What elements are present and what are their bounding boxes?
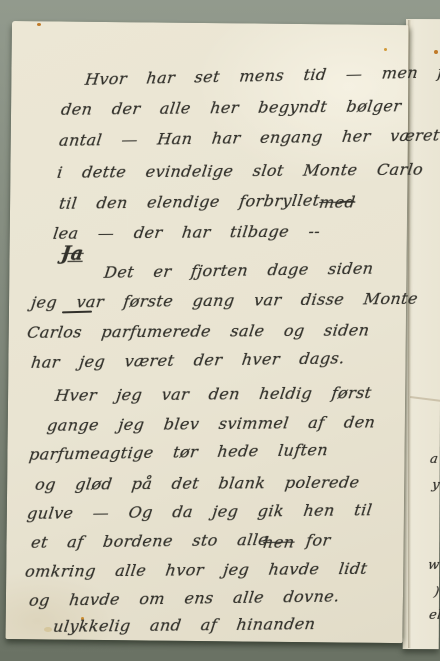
handwritten-line: den der alle her begyndt bølger xyxy=(60,96,403,119)
struck-word: Ja xyxy=(60,243,85,265)
handwritten-line: til den elendige forbryllet — xyxy=(58,190,357,213)
page-edge-fragment: w xyxy=(427,558,440,573)
handwritten-line: og glød på det blank polerede xyxy=(34,473,361,494)
handwritten-line: et af bordene sto alle xyxy=(30,530,269,552)
foxing-smudge xyxy=(44,627,52,632)
page-edge-fragment: el xyxy=(428,608,440,623)
struck-word: med xyxy=(318,193,357,212)
handwritten-line: gange jeg blev svimmel af den xyxy=(46,413,377,435)
handwritten-line: gulve — Og da jeg gik hen til xyxy=(26,500,373,523)
handwritten-line: i dette evindelige slot Monte Carlo xyxy=(56,160,424,182)
foxing-spot xyxy=(37,23,41,26)
handwritten-word: for xyxy=(305,531,332,550)
handwritten-line: lea — der har tilbage -- xyxy=(52,222,321,243)
photo-backdrop: Hvor har set mens tid — men fra den der … xyxy=(0,0,440,661)
foxing-spot xyxy=(384,48,387,51)
fold-crease xyxy=(408,20,411,648)
handwritten-line: Carlos parfumerede sale og siden xyxy=(26,321,371,342)
handwritten-line: omkring alle hvor jeg havde lidt xyxy=(24,559,369,581)
handwritten-line: Hver jeg var den heldig først xyxy=(54,383,373,405)
handwritten-line: jeg var første gang var disse Monte xyxy=(30,289,419,312)
page-edge-fragment: y xyxy=(431,478,440,493)
struck-word: hen xyxy=(262,533,296,552)
handwritten-line: ulykkelig and af hinanden xyxy=(52,614,317,636)
foxing-spot xyxy=(434,50,438,54)
